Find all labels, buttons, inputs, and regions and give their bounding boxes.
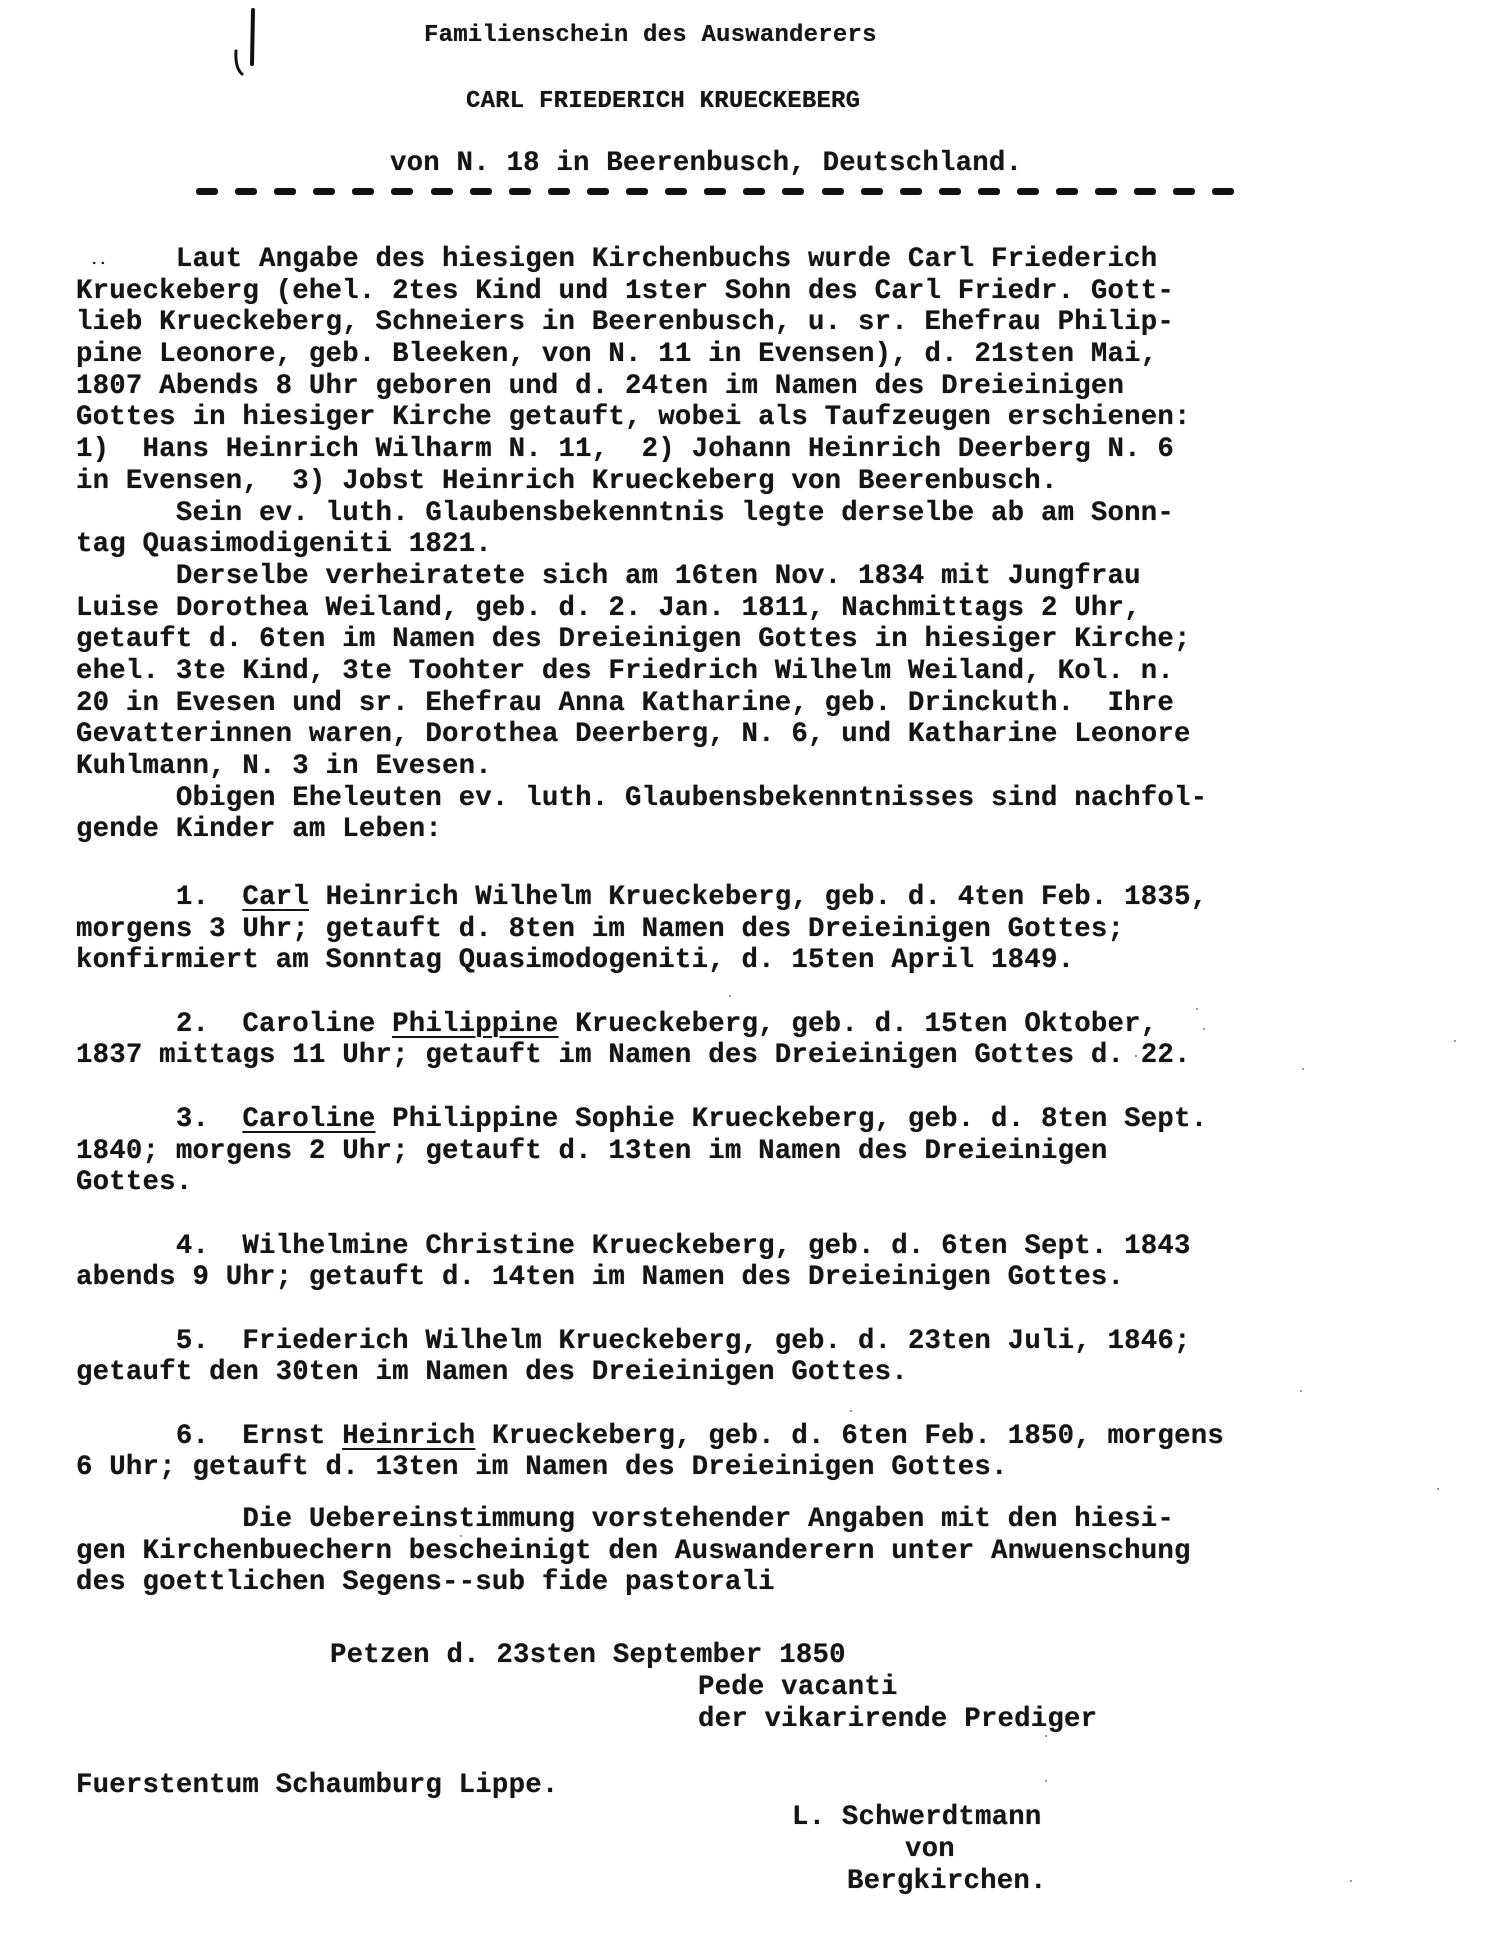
child-number: 2. xyxy=(76,1009,242,1040)
child-entry-line: abends 9 Uhr; getauft d. 14ten im Namen … xyxy=(76,1262,1224,1294)
body-line: getauft d. 6ten im Namen des Dreieinigen… xyxy=(76,624,1207,656)
body-line: pine Leonore, geb. Bleeken, von N. 11 in… xyxy=(76,339,1207,371)
separator-dash xyxy=(313,188,335,195)
pede-vacanti: Pede vacanti xyxy=(698,1672,898,1704)
place-date: Petzen d. 23sten September 1850 xyxy=(330,1640,846,1672)
child-name-rest: Friederich Wilhelm Krueckeberg, geb. d. … xyxy=(242,1326,1190,1357)
attestation-line: des goettlichen Segens--sub fide pastora… xyxy=(76,1567,1191,1599)
separator-dash xyxy=(704,188,726,195)
child-entry-line: Gottes. xyxy=(76,1167,1224,1199)
child-number: 4. xyxy=(76,1231,242,1262)
body-line: 20 in Evesen und sr. Ehefrau Anna Kathar… xyxy=(76,688,1207,720)
speck xyxy=(1045,1780,1047,1782)
child-entry-first-line: 4. Wilhelmine Christine Krueckeberg, geb… xyxy=(76,1231,1224,1263)
speck xyxy=(1302,1068,1304,1070)
body-line: Luise Dorothea Weiland, geb. d. 2. Jan. … xyxy=(76,593,1207,625)
speck xyxy=(1437,1488,1439,1490)
document-page: Familienschein des Auswanderers CARL FRI… xyxy=(0,0,1488,1935)
child-number: 6. xyxy=(76,1421,242,1452)
body-line: Obigen Eheleuten ev. luth. Glaubensbeken… xyxy=(76,783,1207,815)
separator-dash xyxy=(509,188,531,195)
blank-line xyxy=(76,1072,1224,1104)
separator-dash xyxy=(587,188,609,195)
child-entry-first-line: 3. Caroline Philippine Sophie Krueckeber… xyxy=(76,1104,1224,1136)
speck xyxy=(598,1470,600,1472)
child-entry-line: 6 Uhr; getauft d. 13ten im Namen des Dre… xyxy=(76,1452,1224,1484)
separator-dash xyxy=(352,188,374,195)
child-name-rest: Philippine Sophie Krueckeberg, geb. d. 8… xyxy=(375,1104,1207,1135)
separator-dash xyxy=(1095,188,1117,195)
separator-dash xyxy=(1056,188,1078,195)
body-line: Kuhlmann, N. 3 in Evesen. xyxy=(76,751,1207,783)
body-line: Krueckeberg (ehel. 2tes Kind und 1ster S… xyxy=(76,276,1207,308)
separator-dash xyxy=(431,188,453,195)
handwritten-mark-icon xyxy=(233,6,273,76)
child-entry-first-line: 6. Ernst Heinrich Krueckeberg, geb. d. 6… xyxy=(76,1421,1224,1453)
speck xyxy=(729,995,731,997)
speck xyxy=(1454,1040,1456,1042)
separator-dash xyxy=(274,188,296,195)
document-title: Familienschein des Auswanderers xyxy=(424,20,877,52)
child-entry-line: 1837 mittags 11 Uhr; getauft im Namen de… xyxy=(76,1040,1224,1072)
blank-line xyxy=(76,1199,1224,1231)
separator-dash xyxy=(1017,188,1039,195)
separator-dash xyxy=(861,188,883,195)
children-list: 1. Carl Heinrich Wilhelm Krueckeberg, ge… xyxy=(76,882,1224,1484)
origin-line: von N. 18 in Beerenbusch, Deutschland. xyxy=(390,148,1022,180)
speck xyxy=(1300,1390,1302,1392)
separator-dash xyxy=(235,188,257,195)
speck xyxy=(1135,1055,1137,1057)
attestation: Die Uebereinstimmung vorstehender Angabe… xyxy=(76,1504,1191,1599)
body-line: in Evensen, 3) Jobst Heinrich Krueckeber… xyxy=(76,466,1207,498)
child-name-rest: Krueckeberg, geb. d. 15ten Oktober, xyxy=(558,1009,1157,1040)
child-number: 1. xyxy=(76,882,242,913)
separator-dash xyxy=(822,188,844,195)
blank-line xyxy=(76,1294,1224,1326)
emigrant-name: CARL FRIEDERICH KRUECKEBERG xyxy=(466,86,860,118)
separator-dash xyxy=(470,188,492,195)
body-line: lieb Krueckeberg, Schneiers in Beerenbus… xyxy=(76,307,1207,339)
body-line: Laut Angabe des hiesigen Kirchenbuchs wu… xyxy=(76,244,1207,276)
child-entry-line: morgens 3 Uhr; getauft d. 8ten im Namen … xyxy=(76,914,1224,946)
separator-dash xyxy=(391,188,413,195)
separator-dash xyxy=(900,188,922,195)
separator-dash xyxy=(665,188,687,195)
child-call-name: Philippine xyxy=(392,1009,558,1040)
child-entry-first-line: 2. Caroline Philippine Krueckeberg, geb.… xyxy=(76,1009,1224,1041)
separator-dash xyxy=(1212,188,1234,195)
separator-dash xyxy=(782,188,804,195)
separator-dash xyxy=(978,188,1000,195)
separator-dash xyxy=(1173,188,1195,195)
dashed-separator xyxy=(196,188,1234,195)
attestation-line: gen Kirchenbuechern bescheinigt den Ausw… xyxy=(76,1536,1191,1568)
signature-name: L. Schwerdtmann xyxy=(792,1802,1042,1834)
preacher-role: der vikarirende Prediger xyxy=(698,1704,1097,1736)
child-number: 3. xyxy=(76,1104,242,1135)
child-name-rest: Heinrich Wilhelm Krueckeberg, geb. d. 4t… xyxy=(309,882,1207,913)
separator-dash xyxy=(939,188,961,195)
child-entry-first-line: 5. Friederich Wilhelm Krueckeberg, geb. … xyxy=(76,1326,1224,1358)
child-call-name: Heinrich xyxy=(342,1421,475,1452)
child-name-part: Caroline xyxy=(242,1009,392,1040)
separator-dash xyxy=(1134,188,1156,195)
body-line: tag Quasimodigeniti 1821. xyxy=(76,529,1207,561)
signature-von: von xyxy=(905,1834,955,1866)
child-name-rest: Krueckeberg, geb. d. 6ten Feb. 1850, mor… xyxy=(475,1421,1224,1452)
body-line: Gottes in hiesiger Kirche getauft, wobei… xyxy=(76,402,1207,434)
speck xyxy=(850,1410,852,1412)
separator-dash xyxy=(743,188,765,195)
child-name-rest: Wilhelmine Christine Krueckeberg, geb. d… xyxy=(242,1231,1190,1262)
child-call-name: Carl xyxy=(242,882,309,913)
body-line: gende Kinder am Leben: xyxy=(76,814,1207,846)
speck xyxy=(1350,1880,1352,1882)
speck xyxy=(1045,1735,1047,1737)
blank-line xyxy=(76,977,1224,1009)
blank-line xyxy=(76,1389,1224,1421)
child-entry-line: 1840; morgens 2 Uhr; getauft d. 13ten im… xyxy=(76,1136,1224,1168)
child-number: 5. xyxy=(76,1326,242,1357)
signature-place: Bergkirchen. xyxy=(847,1866,1047,1898)
body-line: ehel. 3te Kind, 3te Toohter des Friedric… xyxy=(76,656,1207,688)
child-entry-line: konfirmiert am Sonntag Quasimodogeniti, … xyxy=(76,945,1224,977)
speck xyxy=(1196,1008,1198,1010)
child-name-part: Ernst xyxy=(242,1421,342,1452)
body-line: Sein ev. luth. Glaubensbekenntnis legte … xyxy=(76,498,1207,530)
separator-dash xyxy=(626,188,648,195)
attestation-line: Die Uebereinstimmung vorstehender Angabe… xyxy=(76,1504,1191,1536)
body-text: Laut Angabe des hiesigen Kirchenbuchs wu… xyxy=(76,244,1207,846)
separator-dash xyxy=(548,188,570,195)
body-line: Derselbe verheiratete sich am 16ten Nov.… xyxy=(76,561,1207,593)
speck xyxy=(460,1535,462,1537)
child-entry-line: getauft den 30ten im Namen des Dreieinig… xyxy=(76,1357,1224,1389)
separator-dash xyxy=(196,188,218,195)
child-call-name: Caroline xyxy=(242,1104,375,1135)
body-line: 1807 Abends 8 Uhr geboren und d. 24ten i… xyxy=(76,371,1207,403)
body-line: 1) Hans Heinrich Wilharm N. 11, 2) Johan… xyxy=(76,434,1207,466)
child-entry-first-line: 1. Carl Heinrich Wilhelm Krueckeberg, ge… xyxy=(76,882,1224,914)
principality: Fuerstentum Schaumburg Lippe. xyxy=(76,1770,558,1802)
speck xyxy=(1203,1028,1205,1030)
body-line: Gevatterinnen waren, Dorothea Deerberg, … xyxy=(76,719,1207,751)
